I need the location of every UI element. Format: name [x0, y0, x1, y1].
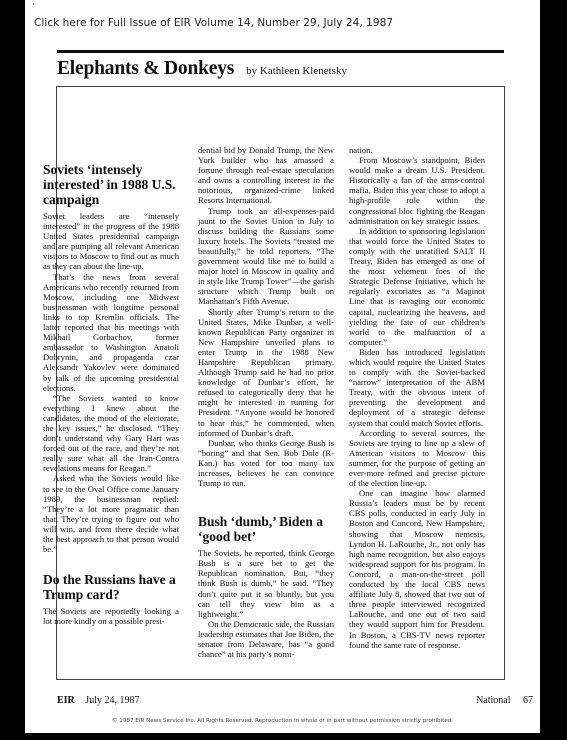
footer-publication: EIR July 24, 1987 [57, 695, 139, 706]
full-issue-link[interactable]: Click here for Full Issue of EIR Volume … [34, 17, 393, 29]
paragraph: Dunbar, who thinks George Bush is “borin… [198, 438, 334, 488]
copyright-notice: © 1987 EIR News Service Inc. All Rights … [25, 718, 540, 724]
headline-trump-card: Do the Russians have a Trump card? [43, 572, 179, 602]
paragraph: dential bid by Donald Trump, the New Yor… [198, 145, 334, 206]
footer-section: National 67 [476, 695, 533, 706]
paragraph: That’s the news from several Americans w… [43, 272, 179, 393]
department-heading: Elephants & Donkeys by Kathleen Klenetsk… [57, 58, 347, 80]
paragraph: One can imagine how alarmed Russia’s lea… [349, 488, 485, 650]
headline-bush-biden: Bush ‘dumb,’ Biden a ‘good bet’ [198, 514, 334, 544]
publication-name: EIR [57, 695, 75, 706]
department-title: Elephants & Donkeys [57, 58, 234, 79]
paragraph: Biden has introduced legislation which w… [349, 347, 485, 428]
paragraph: In addition to sponsoring legislation th… [349, 226, 485, 347]
paragraph: According to several sources, the Soviet… [349, 428, 485, 489]
article-column-1: Soviets ‘intensely interested’ in 1988 U… [43, 162, 179, 626]
paragraph: Asked who the Soviets would like to see … [43, 473, 179, 554]
paragraph: On the Democratic side, the Russian lead… [198, 619, 334, 659]
paragraph: The Soviets, he reported, think George B… [198, 548, 334, 619]
section-name: National [476, 695, 510, 706]
paragraph: “The Soviets wanted to know everything I… [43, 393, 179, 474]
header-rule [57, 50, 504, 53]
paragraph: Soviet leaders are “intensely interested… [43, 211, 179, 272]
paragraph: nation. [349, 145, 485, 155]
byline: by Kathleen Klenetsky [246, 65, 347, 77]
article-column-3: nation. From Moscow’s standpoint, Biden … [349, 145, 485, 650]
scan-speck [33, 3, 34, 5]
article-column-2: dential bid by Donald Trump, the New Yor… [198, 145, 334, 659]
headline-soviets-interested: Soviets ‘intensely interested’ in 1988 U… [43, 162, 179, 207]
issue-date: July 24, 1987 [85, 695, 139, 706]
paragraph: From Moscow’s standpoint, Biden would ma… [349, 155, 485, 226]
paragraph: Shortly after Trump’s return to the Unit… [198, 307, 334, 438]
paragraph: The Soviets are reportedly looking a lot… [43, 606, 179, 626]
paragraph: Trump took an all-expenses-paid jaunt to… [198, 206, 334, 307]
page-number: 67 [523, 695, 533, 706]
